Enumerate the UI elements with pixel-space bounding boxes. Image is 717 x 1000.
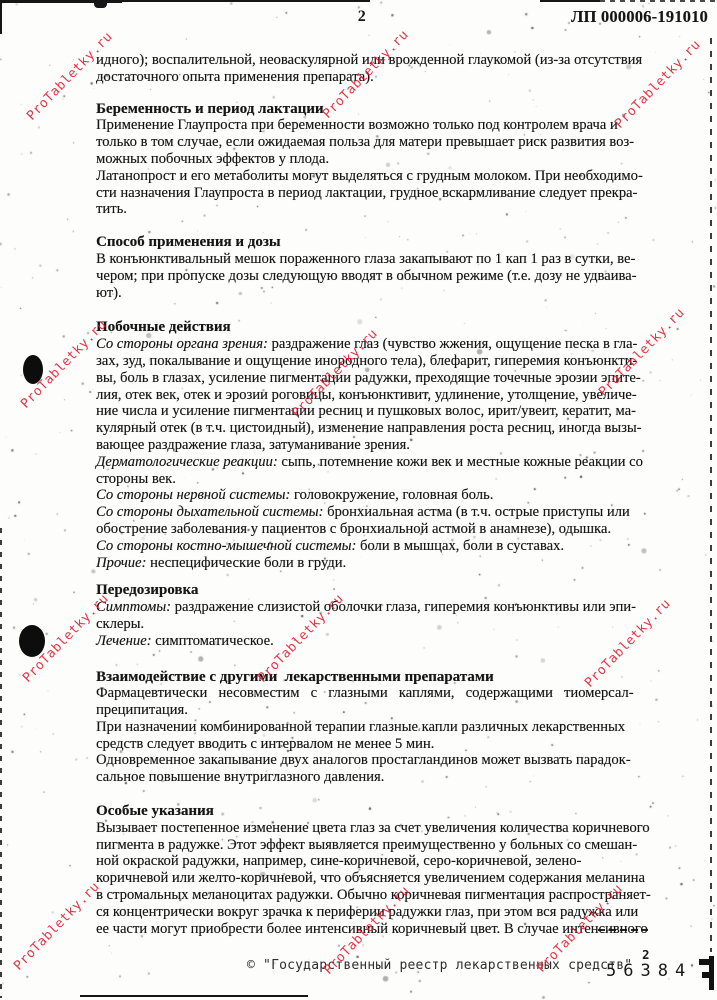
paragraph: Дерматологические реакции: сыпь, потемне… <box>96 454 652 488</box>
document-body: идного); воспалительной, неоваскулярной … <box>96 52 652 937</box>
scan-edge-line-bottom <box>80 995 308 997</box>
scan-edge-line-left-top <box>0 0 2 34</box>
section-heading-overdose: Передозировка <box>96 582 652 599</box>
paragraph: Применение Глаупроста при беременности в… <box>96 117 652 167</box>
page-number-top: 2 <box>350 8 374 26</box>
page-number-bottom: 2 <box>642 947 650 962</box>
paragraph-lead: Симптомы: <box>96 599 171 615</box>
paragraph: Прочие: неспецифические боли в груди. <box>96 555 652 572</box>
paragraph-text: головокружение, головная боль. <box>294 487 493 503</box>
paragraph-lead: Лечение: <box>96 633 151 649</box>
section-heading-special: Особые указания <box>96 803 652 820</box>
paragraph: Со стороны костно-мышечной системы: боли… <box>96 538 652 555</box>
hole-punch-mark <box>23 355 43 384</box>
registration-number: ЛП 000006-191010 <box>540 7 708 27</box>
corner-registration-mark <box>699 959 709 965</box>
paragraph-text: преципитация. <box>96 702 652 719</box>
paragraph-lead: Дерматологические реакции: <box>96 454 278 470</box>
paragraph-text: раздражение слизистой оболочки глаза, ги… <box>96 599 636 632</box>
paragraph-lead: Со стороны дыхательной системы: <box>96 504 323 520</box>
paragraph: Вызывает постепенное изменение цвета гла… <box>96 820 652 938</box>
section-heading-pregnancy: Беременность и период лактации <box>96 101 652 118</box>
paragraph: В конъюнктивальный мешок пораженного гла… <box>96 251 652 301</box>
section-heading-side-effects: Побочные действия <box>96 319 652 336</box>
paragraph-lead: Со стороны нервной системы: <box>96 487 290 503</box>
scan-edge-dashes-right <box>710 38 712 952</box>
paragraph-text: боли в мышцах, боли в суставах. <box>360 538 564 554</box>
paragraph-text: Фармацевтически несовместим с глазными к… <box>96 685 634 701</box>
paragraph: Симптомы: раздражение слизистой оболочки… <box>96 599 652 633</box>
paragraph: Фармацевтически несовместим с глазными к… <box>96 685 652 719</box>
section-heading-dosage: Способ применения и дозы <box>96 234 652 251</box>
paragraph-text: раздражение глаз (чувство жжения, ощущен… <box>96 336 642 453</box>
scan-edge-dots-top <box>600 0 717 2</box>
scan-edge-blob <box>94 0 107 8</box>
paragraph: Со стороны органа зрения: раздражение гл… <box>96 336 652 454</box>
paragraph-lead: Прочие: <box>96 555 146 571</box>
hole-punch-mark <box>19 625 45 657</box>
scan-edge-line-top-right <box>540 0 600 2</box>
paragraph: Латанопрост и его метаболиты могут выдел… <box>96 168 652 218</box>
scanned-document-page: 2 ЛП 000006-191010 идного); воспалительн… <box>0 0 717 1000</box>
paragraph: При назначении комбинированной терапии г… <box>96 719 652 753</box>
copyright-line: © "Государственный реестр лекарственных … <box>247 958 632 973</box>
paragraph-continued: идного); воспалительной, неоваскулярной … <box>96 52 652 86</box>
paragraph-text: неспецифические боли в груди. <box>150 555 346 571</box>
section-heading-interaction: Взаимодействие с другими лекарственными … <box>96 669 652 686</box>
paragraph: Со стороны дыхательной системы: бронхиал… <box>96 504 652 538</box>
paragraph-text: симптоматическое. <box>155 633 274 649</box>
paragraph: Со стороны нервной системы: головокружен… <box>96 487 652 504</box>
watermark: ProTabletky.ru <box>6 874 108 979</box>
paragraph: Лечение: симптоматическое. <box>96 633 652 650</box>
corner-registration-mark <box>702 972 709 978</box>
scan-edge-dashes-left <box>0 528 2 998</box>
corner-registration-mark <box>709 956 714 990</box>
paragraph-lead: Со стороны костно-мышечной системы: <box>96 538 356 554</box>
paragraph-lead: Со стороны органа зрения: <box>96 336 268 352</box>
paragraph: Одновременное закапывание двух аналогов … <box>96 752 652 786</box>
stamp-number: 56384 <box>606 961 692 981</box>
